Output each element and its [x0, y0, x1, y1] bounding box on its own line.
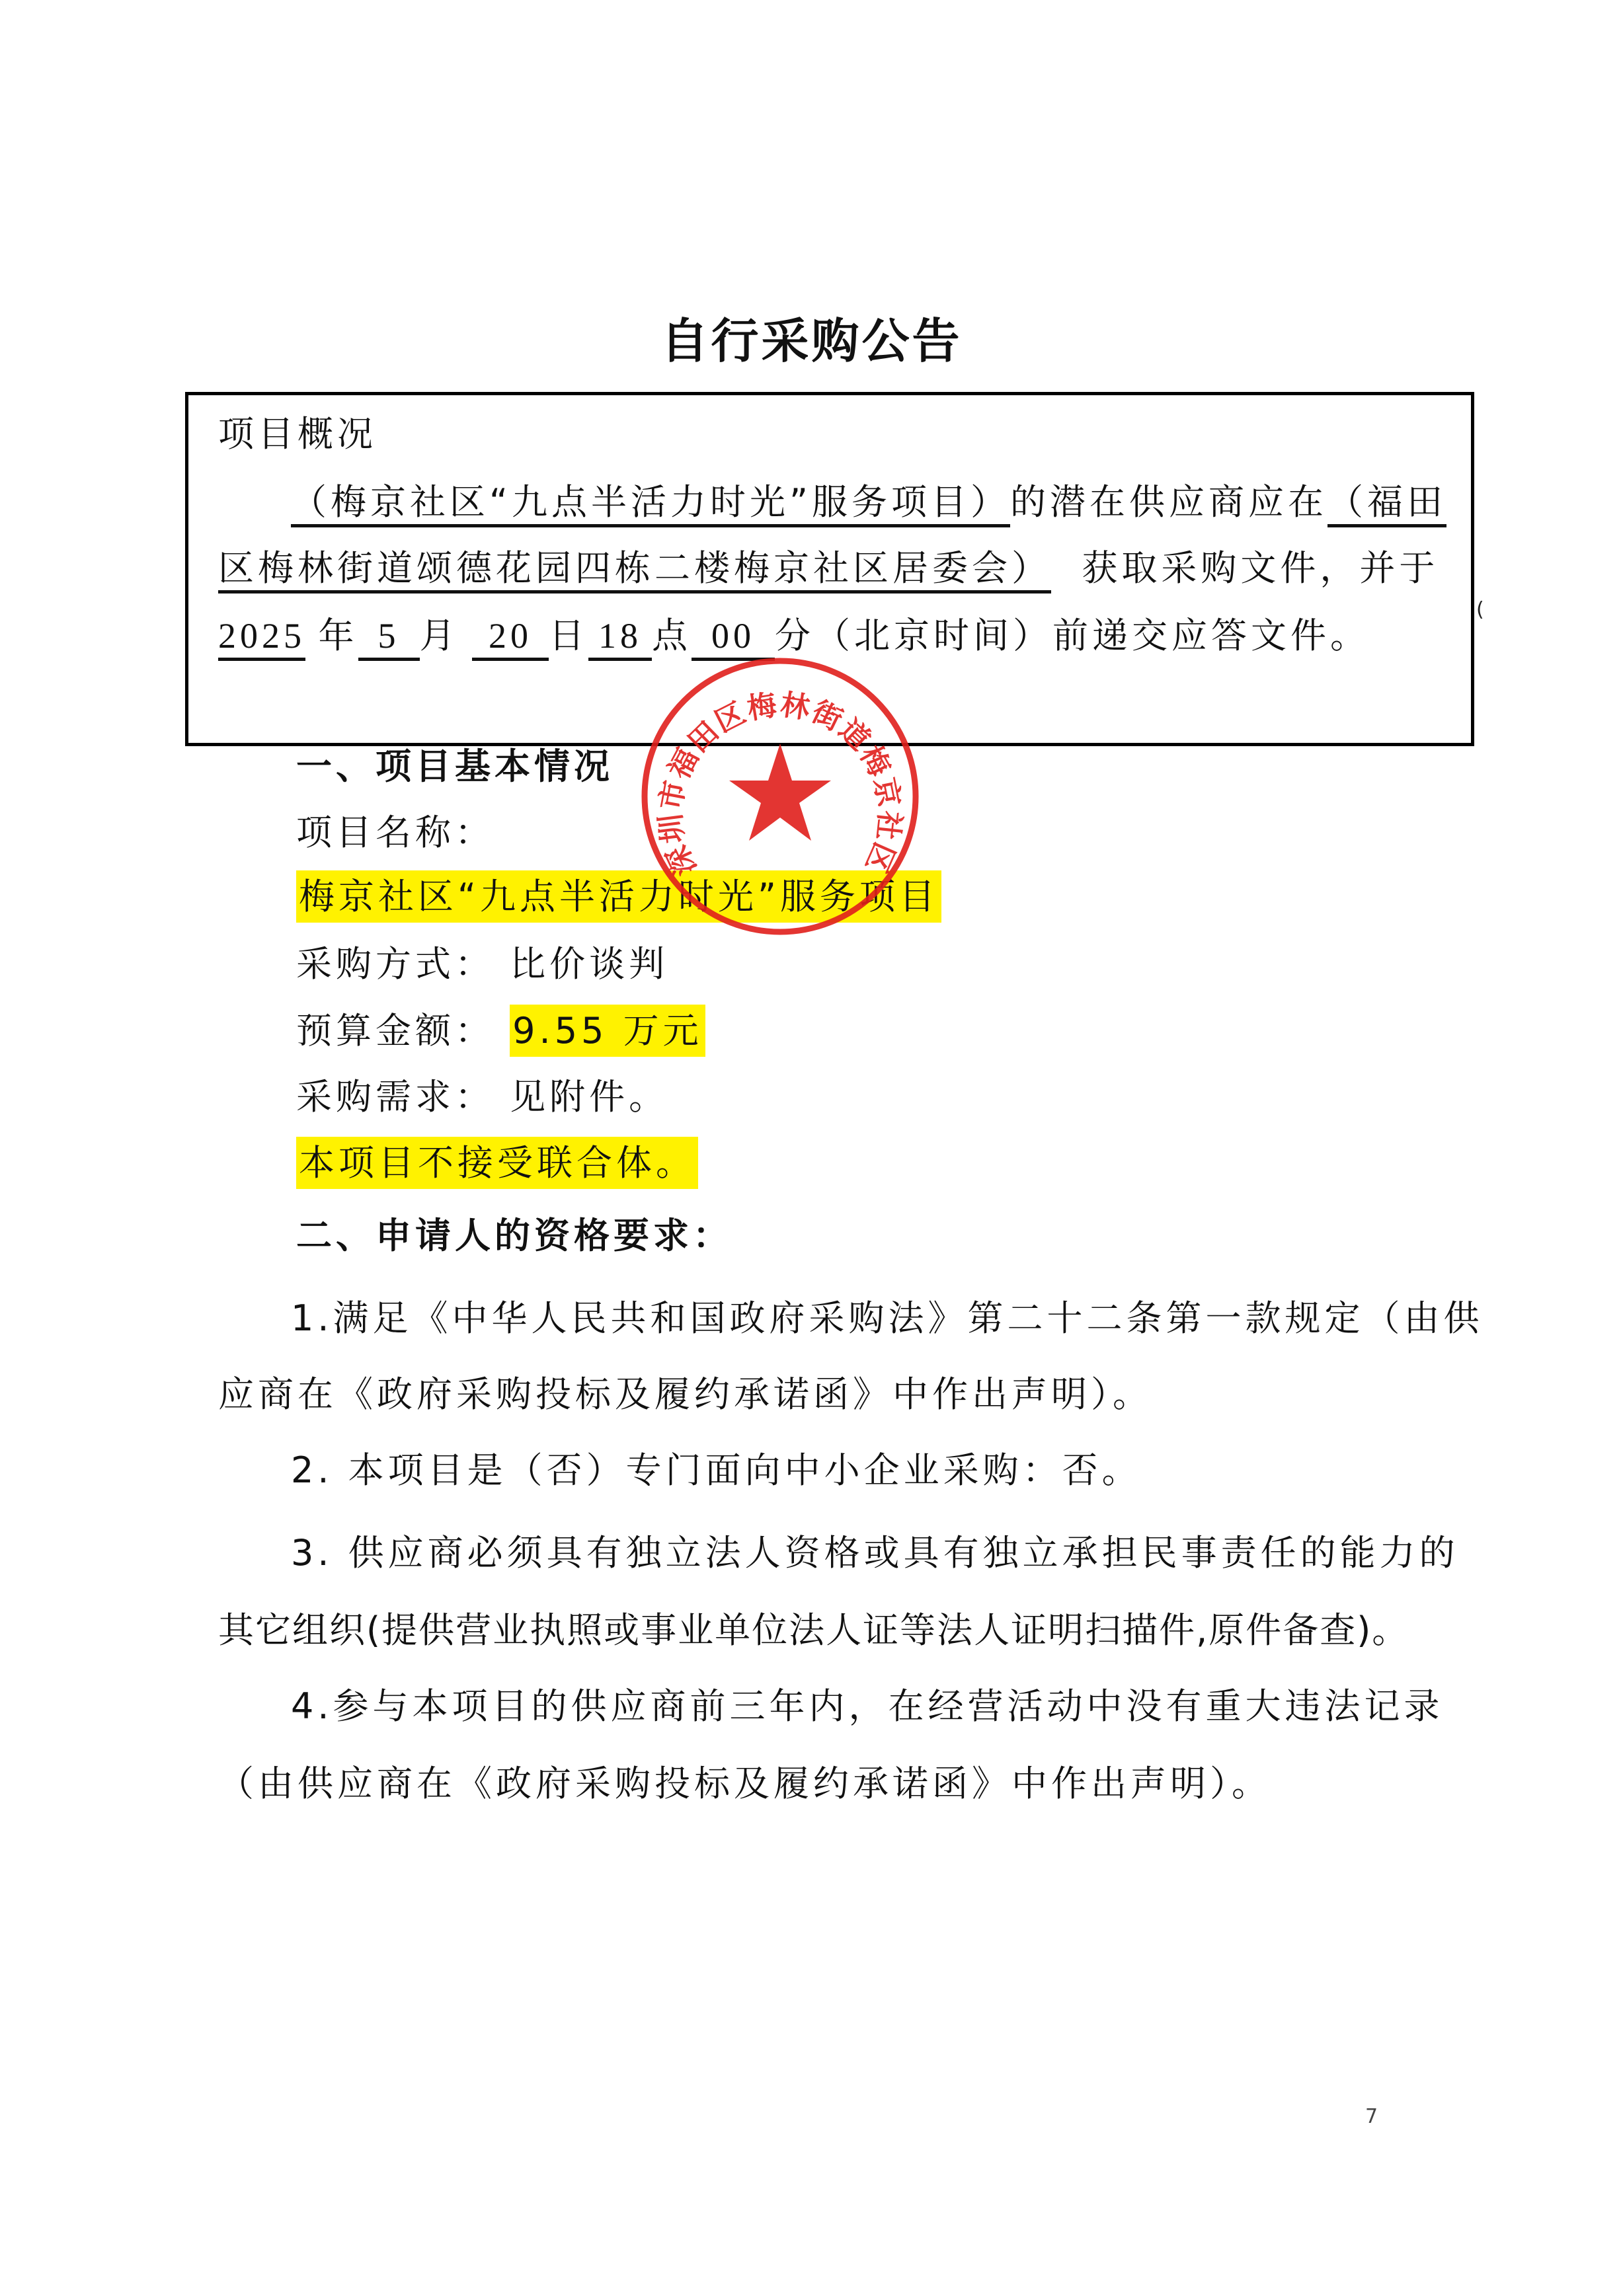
budget-row: 预算金额： 9.55 万元: [296, 1013, 705, 1049]
consortium-row: 本项目不接受联合体。: [296, 1145, 698, 1181]
deadline-rest: （北京时间）前递交应答文件。: [814, 615, 1370, 656]
edge-mark: (: [1476, 598, 1484, 621]
consortium-notice: 本项目不接受联合体。: [296, 1137, 698, 1189]
requirement-3-line-2: 其它组织(提供营业执照或事业单位法人证等法人证明扫描件,原件备查)。: [218, 1613, 1409, 1648]
page-title: 自行采购公告: [0, 303, 1623, 371]
demand-label: 采购需求：: [296, 1076, 495, 1118]
page-mark: 7: [1365, 2105, 1378, 2128]
seal-icon: 深圳市福田区梅林街道梅京社区居民委员会: [635, 651, 926, 942]
month-label: 月: [420, 615, 459, 656]
overview-line-2: 区梅林街道颂德花园四栋二楼梅京社区居委会） 获取采购文件，并于: [218, 551, 1439, 593]
deadline-month: 5: [358, 618, 420, 661]
project-name-label: 项目名称：: [296, 815, 495, 851]
overview-line2-rest: 获取采购文件，并于: [1082, 547, 1439, 589]
budget-label: 预算金额：: [296, 1010, 495, 1052]
location-underlined-part1: （福田: [1327, 484, 1446, 527]
requirement-1-line-1: 1.满足《中华人民共和国政府采购法》第二十二条第一款规定（由供: [291, 1301, 1484, 1336]
deadline-year: 2025: [218, 618, 305, 661]
section1-heading: 一、项目基本情况: [296, 749, 614, 784]
year-label: 年: [319, 615, 358, 656]
procurement-method-value: 比价谈判: [510, 943, 668, 985]
demand-value: 见附件。: [510, 1076, 668, 1118]
budget-value: 9.55 万元: [510, 1005, 705, 1057]
hour-label: 点: [652, 615, 692, 656]
overview-mid-text: 的潜在供应商应在: [1010, 481, 1327, 523]
demand-row: 采购需求： 见附件。: [296, 1079, 668, 1115]
seal-text: 深圳市福田区梅林街道梅京社区居民委员会: [635, 651, 906, 881]
requirement-4-line-2: （由供应商在《政府采购投标及履约承诺函》中作出声明）。: [218, 1766, 1271, 1802]
svg-text:深圳市福田区梅林街道梅京社区居民委员会: 深圳市福田区梅林街道梅京社区居民委员会: [635, 651, 906, 881]
requirement-4-line-1: 4.参与本项目的供应商前三年内，在经营活动中没有重大违法记录: [291, 1689, 1444, 1724]
official-seal: 深圳市福田区梅林街道梅京社区居民委员会: [635, 651, 926, 942]
location-underlined-part2: 区梅林街道颂德花园四栋二楼梅京社区居委会）: [218, 551, 1051, 593]
deadline-day: 20: [472, 618, 549, 661]
project-name-underlined: （梅京社区“九点半活力时光”服务项目）: [291, 484, 1010, 527]
minute-label: 分: [775, 615, 814, 656]
requirement-2: 2. 本项目是（否）专门面向中小企业采购：否。: [291, 1453, 1142, 1488]
overview-line-1: （梅京社区“九点半活力时光”服务项目）的潜在供应商应在（福田: [291, 484, 1446, 527]
overview-heading: 项目概况: [218, 416, 377, 452]
procurement-method-label: 采购方式：: [296, 943, 495, 985]
procurement-method-row: 采购方式： 比价谈判: [296, 946, 668, 982]
day-label: 日: [549, 615, 588, 656]
requirement-1-line-2: 应商在《政府采购投标及履约承诺函》中作出声明）。: [218, 1377, 1152, 1412]
section2-heading: 二、申请人的资格要求：: [296, 1218, 732, 1254]
requirement-3-line-1: 3. 供应商必须具有独立法人资格或具有独立承担民事责任的能力的: [291, 1535, 1459, 1571]
